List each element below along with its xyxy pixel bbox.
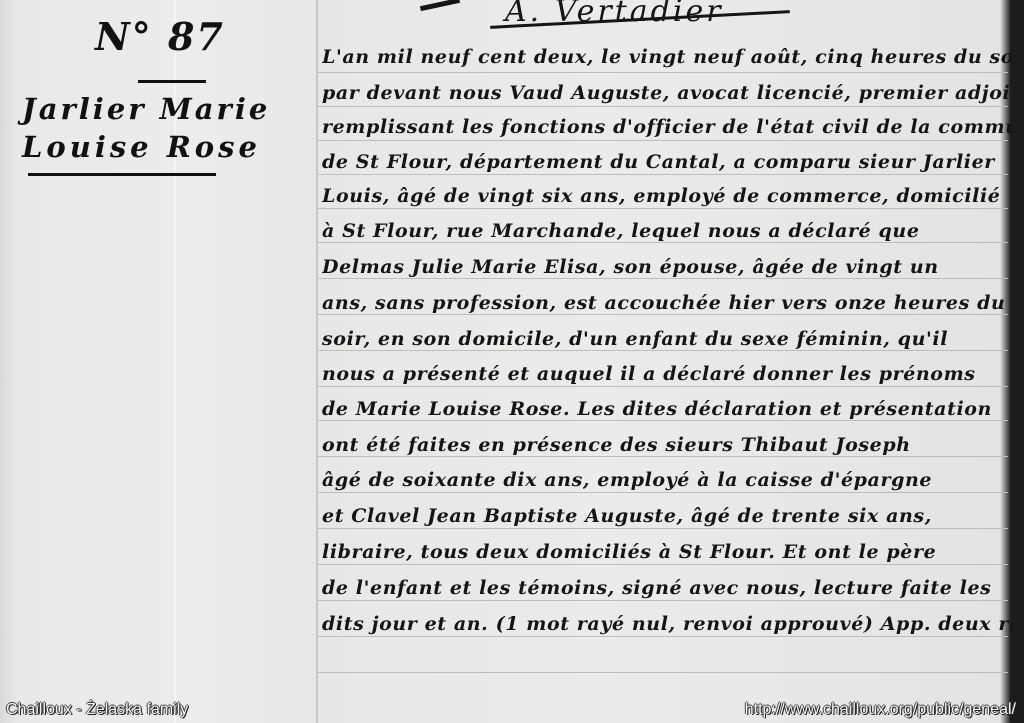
act-line: soir, en son domicile, d'un enfant du se… — [322, 324, 1012, 360]
act-number-underline — [138, 80, 206, 83]
child-name-underline — [28, 173, 216, 176]
act-line: remplissant les fonctions d'officier de … — [322, 112, 1012, 148]
ink-mark — [420, 0, 460, 11]
act-line: nous a présenté et auquel il a déclaré d… — [322, 359, 1012, 395]
act-line: dits jour et an. (1 mot rayé nul, renvoi… — [322, 609, 1012, 645]
act-line: et Clavel Jean Baptiste Auguste, âgé de … — [322, 501, 1012, 537]
act-line: par devant nous Vaud Auguste, avocat lic… — [322, 78, 1012, 114]
watermark-url: http://www.chailloux.org/public/geneal/ — [745, 701, 1016, 719]
margin-child-name-line1: Jarlier Marie — [22, 92, 270, 126]
act-line: à St Flour, rue Marchande, lequel nous a… — [322, 216, 1012, 252]
act-line: L'an mil neuf cent deux, le vingt neuf a… — [322, 42, 1012, 78]
margin-rule-line — [316, 0, 318, 723]
act-line: de l'enfant et les témoins, signé avec n… — [322, 573, 1012, 609]
ruled-line — [318, 672, 1008, 673]
act-line: ans, sans profession, est accouchée hier… — [322, 288, 1012, 324]
act-line: ont été faites en présence des sieurs Th… — [322, 430, 1012, 466]
scan-edge-shadow — [1010, 0, 1024, 723]
act-line: âgé de soixante dix ans, employé à la ca… — [322, 465, 1012, 501]
margin-child-name-line2: Louise Rose — [22, 130, 261, 164]
watermark-family-name: Chailloux - Żelaska family — [6, 701, 188, 719]
act-line: de St Flour, département du Cantal, a co… — [322, 147, 1012, 183]
act-number: N° 87 — [95, 14, 225, 59]
act-line: libraire, tous deux domiciliés à St Flou… — [322, 537, 1012, 573]
act-line: Louis, âgé de vingt six ans, employé de … — [322, 181, 1012, 217]
scanned-register-page: N° 87 Jarlier Marie Louise Rose A. Verta… — [0, 0, 1024, 723]
act-line: de Marie Louise Rose. Les dites déclarat… — [322, 394, 1012, 430]
act-line: Delmas Julie Marie Elisa, son épouse, âg… — [322, 252, 1012, 288]
